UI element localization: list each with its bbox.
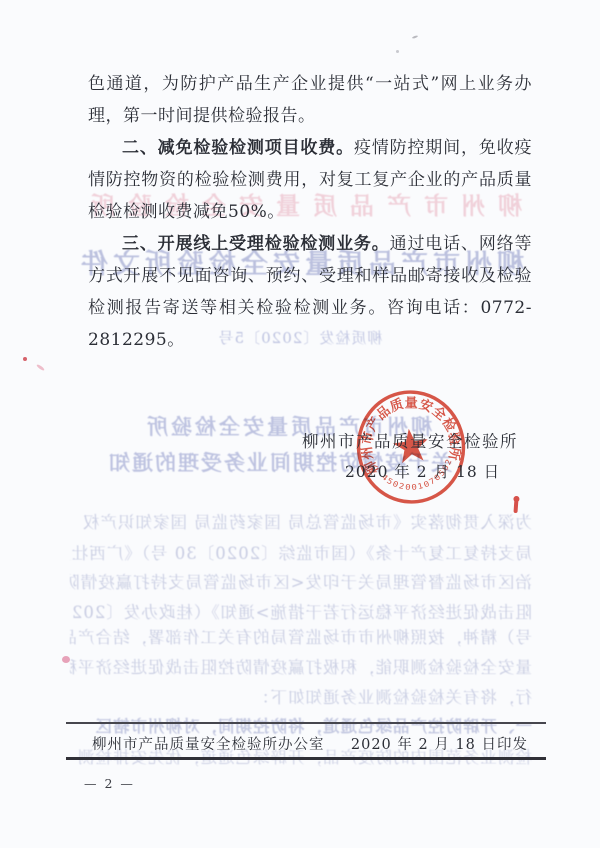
paragraph-heading-run: 三、开展线上受理检验检测业务。 <box>122 234 390 254</box>
scan-speck <box>396 50 399 53</box>
signature-org: 柳州市产品质量安全检验所 <box>302 428 518 452</box>
footer: 柳州市产品质量安全检验所办公室 2020 年 2 月 18 日印发 <box>66 733 546 754</box>
document-body: 色通道，为防护产品生产企业提供“一站式”网上业务办理，第一时间提供检验报告。二、… <box>88 68 532 356</box>
bleedthrough-text: 量安全检验检测职能，积极打赢疫情防控阻击战促进经济平稳运 <box>70 654 532 678</box>
body-paragraph: 色通道，为防护产品生产企业提供“一站式”网上业务办理，第一时间提供检验报告。 <box>88 68 532 132</box>
bleedthrough-text: 局支持复工复产十条》（国市监综〔2020〕30 号）《广西壮族自 <box>70 540 532 564</box>
paragraph-heading-run: 二、减免检验检测项目收费。 <box>122 138 354 158</box>
scanned-document-page: 柳州市产品质量安全检验所柳州市产品质量安全检验所文件柳质检发〔2020〕5号柳州… <box>0 0 600 848</box>
scan-speck <box>62 656 70 663</box>
bleedthrough-text: 行，将有关检验检测业务通知如下： <box>70 684 532 708</box>
scan-speck <box>23 357 27 361</box>
scan-speck <box>36 364 45 372</box>
bleedthrough-text: 为深入贯彻落实《市场监管总局 国家药监局 国家知识产权 <box>70 509 532 533</box>
page-number: — 2 — <box>84 776 135 791</box>
paragraph-text-run: 色通道，为防护产品生产企业提供“一站式”网上业务办理，第一时间提供检验报告。 <box>88 74 532 126</box>
footer-rule-top <box>66 722 546 724</box>
bleedthrough-text: 治区市场监督管理局关于印发<区市场监管局支持打赢疫情防控 <box>70 569 532 593</box>
scan-speck <box>412 35 418 39</box>
body-paragraph: 二、减免检验检测项目收费。疫情防控期间，免收疫情防控物资的检验检测费用，对复工复… <box>88 132 532 228</box>
bleedthrough-text: 号）精神，按照柳州市市场监管局的有关工作部署，结合产品质 <box>70 624 532 648</box>
footer-rule-bottom <box>66 757 546 760</box>
signature-date: 2020 年 2 月 18 日 <box>345 460 500 482</box>
footer-office: 柳州市产品质量安全检验所办公室 <box>92 733 325 754</box>
footer-print-date: 2020 年 2 月 18 日印发 <box>351 733 528 754</box>
body-paragraph: 三、开展线上受理检验检测业务。通过电话、网络等方式开展不见面咨询、预约、受理和样… <box>88 228 532 356</box>
bleedthrough-text: 阻击战促进经济平稳运行若干措施>通知》（桂政办发〔2020〕4 <box>70 599 532 623</box>
